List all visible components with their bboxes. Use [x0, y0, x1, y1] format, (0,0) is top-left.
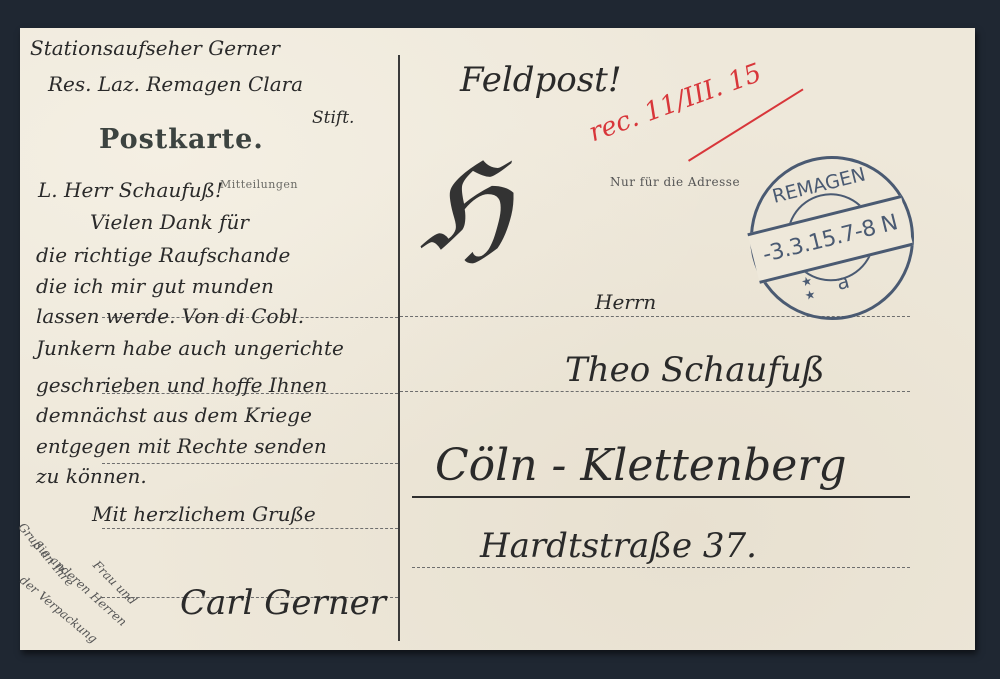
address-caption: Nur für die Adresse: [610, 175, 740, 189]
sender-line-2: Res. Laz. Remagen Clara: [48, 72, 303, 96]
message-line-2: Vielen Dank für: [90, 210, 249, 234]
address-flourish: ℌ: [420, 138, 511, 277]
message-line-3: die richtige Raufschande: [36, 243, 290, 267]
message-closing: Mit herzlichem Gruße: [92, 502, 316, 526]
postcard: Postkarte. Mitteilungen Nur für die Adre…: [20, 28, 975, 650]
message-line-7: geschrieben und hoffe Ihnen: [36, 373, 327, 397]
message-line-1: L. Herr Schaufuß!: [38, 178, 223, 202]
center-divider: [398, 55, 400, 641]
message-line-4: die ich mir gut munden: [36, 274, 274, 298]
message-rule-4: [102, 528, 398, 529]
message-signature: Carl Gerner: [180, 583, 386, 623]
address-city: Cöln - Klettenberg: [435, 440, 847, 491]
address-rule-3: [412, 567, 910, 568]
sender-line-1: Stationsaufseher Gerner: [30, 36, 280, 60]
address-rule-2: [400, 391, 910, 392]
message-line-9: entgegen mit Rechte senden: [36, 434, 327, 458]
message-line-5: lassen werde. Von di Cobl.: [36, 304, 304, 328]
message-caption: Mitteilungen: [220, 178, 298, 191]
sender-line-3: Stift.: [312, 108, 354, 128]
postmark: REMAGEN -3.3.15.7-8 N ★ ★ a: [733, 139, 932, 338]
message-line-10: zu können.: [36, 464, 147, 488]
message-line-8: demnächst aus dem Kriege: [36, 403, 312, 427]
postcard-title: Postkarte.: [99, 124, 264, 155]
address-street: Hardtstraße 37.: [480, 526, 757, 566]
address-salutation: Herrn: [595, 290, 656, 314]
message-line-6: Junkern habe auch ungerichte: [36, 336, 344, 360]
address-header: Feldpost!: [460, 60, 622, 100]
address-rule-city: [412, 496, 910, 498]
address-name: Theo Schaufuß: [565, 350, 825, 390]
